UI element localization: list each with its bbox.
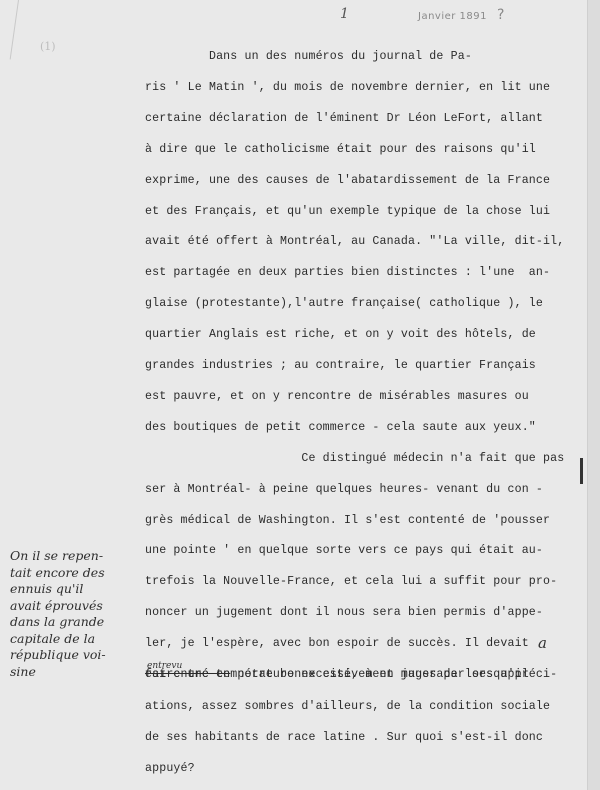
- typed-line: certaine déclaration de l'éminent Dr Léo…: [145, 112, 543, 125]
- margin-note-line: tait encore des: [10, 565, 142, 582]
- margin-note-line: capitale de la: [10, 631, 142, 648]
- handwritten-margin-note: On il se repen-tait encore desennuis qu'…: [10, 548, 142, 680]
- typed-line: des boutiques de petit commerce - cela s…: [145, 421, 536, 434]
- typed-line: est pauvre, et on y rencontre de misérab…: [145, 390, 529, 403]
- typed-line: avait été offert à Montréal, au Canada. …: [145, 235, 564, 248]
- typed-line: Dans un des numéros du journal de Pa-: [145, 50, 472, 63]
- date-query-mark: ?: [497, 7, 505, 23]
- typed-line: exprime, une des causes de l'abatardisse…: [145, 174, 550, 187]
- page-edge: [587, 0, 600, 790]
- typed-line: noncer un jugement dont il nous sera bie…: [145, 606, 543, 619]
- archive-stamp: (1): [40, 40, 56, 53]
- date-annotation: Janvier 1891?: [418, 7, 505, 23]
- typed-line: ris ' Le Matin ', du mois de novembre de…: [145, 81, 550, 94]
- date-annotation-text: Janvier 1891: [418, 11, 487, 22]
- typed-line: ler, je l'espère, avec bon espoir de suc…: [145, 637, 529, 650]
- typed-line: est partagée en deux parties bien distin…: [145, 266, 550, 279]
- typed-line: trefois la Nouvelle-France, et cela lui …: [145, 575, 557, 588]
- typed-line: appuyé?: [145, 762, 195, 775]
- typed-line: grandes industries ; au contraire, le qu…: [145, 359, 536, 372]
- typed-line: quartier Anglais est riche, et on y voit…: [145, 328, 536, 341]
- typed-line: de ses habitants de race latine . Sur qu…: [145, 731, 543, 744]
- margin-note-line: sine: [10, 664, 142, 681]
- struck-text: est entré en: [145, 668, 230, 681]
- margin-note-line: république voi-: [10, 647, 142, 664]
- margin-note-line: On il se repen-: [10, 548, 142, 565]
- margin-ink-mark: [580, 458, 583, 484]
- handwritten-insert-a: a: [538, 634, 547, 652]
- typed-line: à dire que le catholicisme était pour de…: [145, 143, 536, 156]
- typed-line: une pointe ' en quelque sorte vers ce pa…: [145, 544, 543, 557]
- typed-line: ser à Montréal- à peine quelques heures-…: [145, 483, 543, 496]
- margin-note-line: dans la grande: [10, 614, 142, 631]
- margin-note-line: avait éprouvés: [10, 598, 142, 615]
- corrected-line-rest: notre bonne cité, à en juger par ses app…: [230, 668, 557, 681]
- page-number: 1: [340, 6, 349, 22]
- typed-line: grès médical de Washington. Il s'est con…: [145, 514, 550, 527]
- typed-line: et des Français, et qu'un exemple typiqu…: [145, 205, 550, 218]
- typed-line: Ce distingué médecin n'a fait que pas: [145, 452, 564, 465]
- typed-line: glaise (protestante),l'autre française( …: [145, 297, 543, 310]
- typed-line: ations, assez sombres d'ailleurs, de la …: [145, 700, 550, 713]
- page-fold-mark: [10, 0, 19, 59]
- document-page: (1) 1 Janvier 1891? Dans un des numéros …: [0, 0, 587, 790]
- corrected-line: est entré en notre bonne cité, à en juge…: [145, 668, 557, 681]
- margin-note-line: ennuis qu'il: [10, 581, 142, 598]
